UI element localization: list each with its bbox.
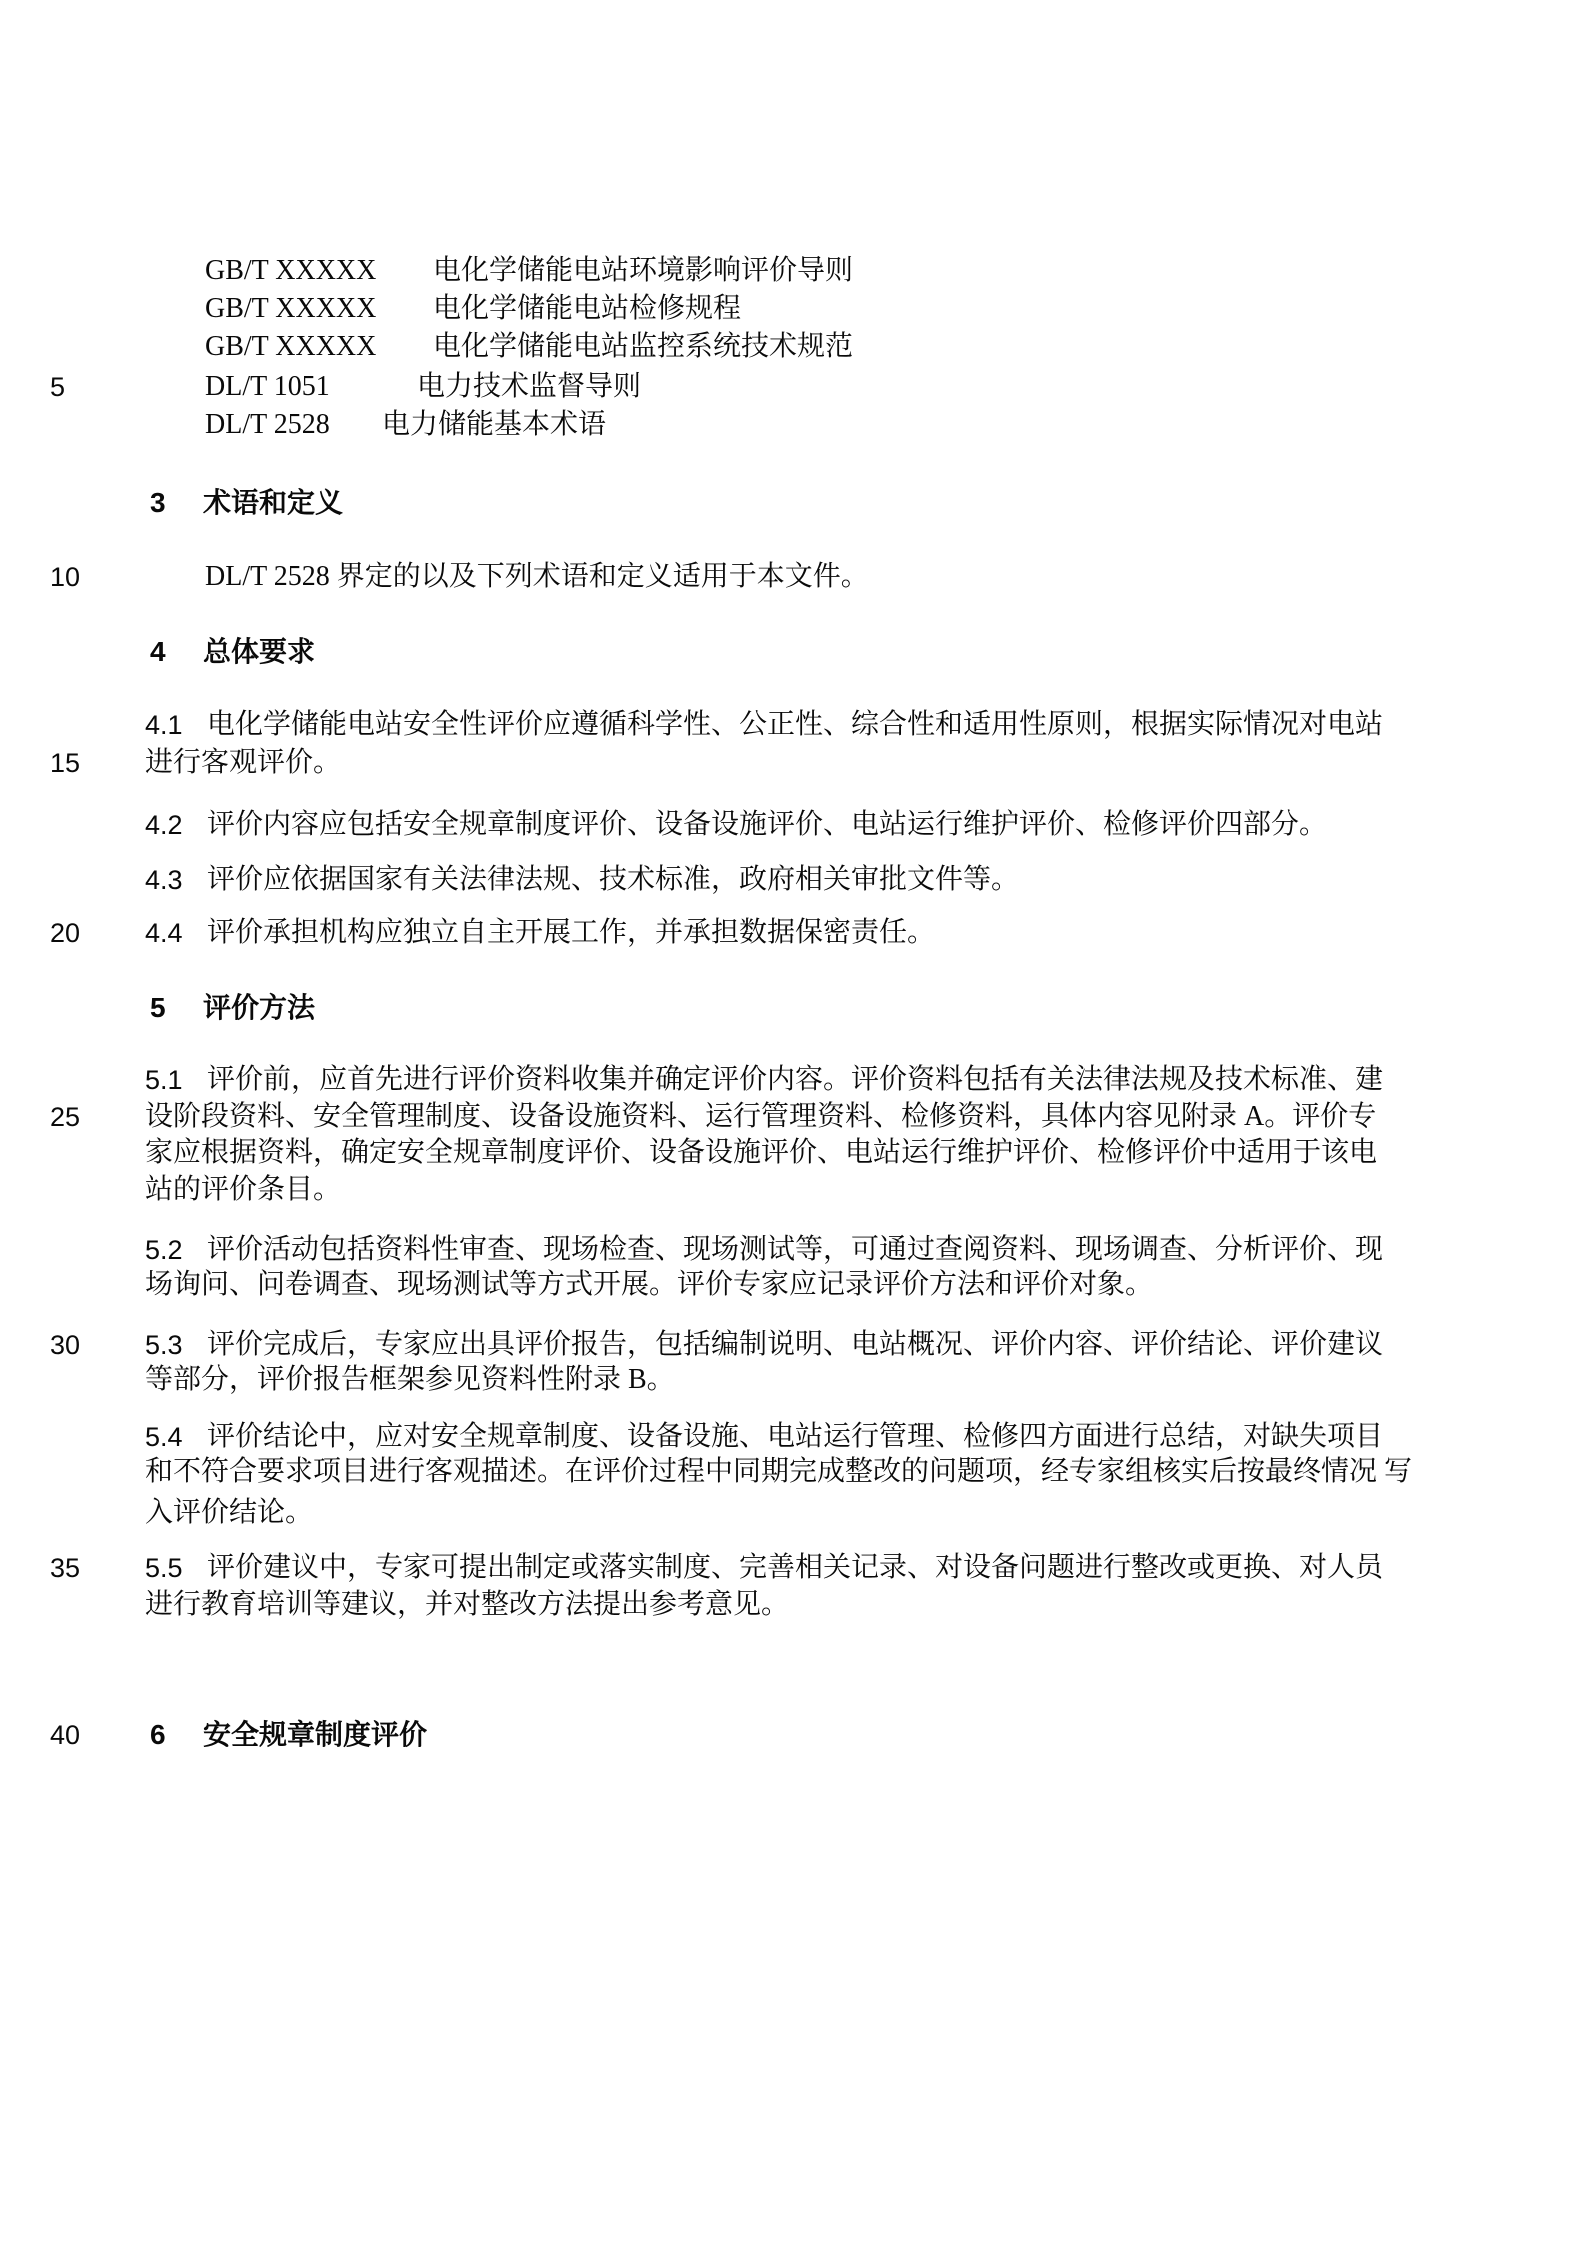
paragraph-line: 和不符合要求项目进行客观描述。在评价过程中同期完成整改的问题项，经专家组核实后按… bbox=[0, 1453, 1585, 1491]
standard-code: DL/T 2528 bbox=[205, 406, 330, 444]
paragraph-line: 15进行客观评价。 bbox=[0, 744, 1585, 782]
line-number: 15 bbox=[50, 744, 80, 782]
clause-number: 5.5 bbox=[145, 1549, 183, 1587]
line-number: 40 bbox=[50, 1716, 80, 1754]
clause-number: 5.3 bbox=[145, 1326, 183, 1364]
heading-line: 4总体要求 bbox=[0, 633, 1585, 671]
body-text: 评价完成后，专家应出具评价报告，包括编制说明、电站概况、评价内容、评价结论、评价… bbox=[207, 1326, 1383, 1364]
paragraph-line: 10DL/T 2528 界定的以及下列术语和定义适用于本文件。 bbox=[0, 558, 1585, 596]
paragraph-line: 4.2评价内容应包括安全规章制度评价、设备设施评价、电站运行维护评价、检修评价四… bbox=[0, 806, 1585, 844]
clause-number: 5.1 bbox=[145, 1061, 183, 1099]
paragraph-line: 5.4评价结论中，应对安全规章制度、设备设施、电站运行管理、检修四方面进行总结，… bbox=[0, 1418, 1585, 1456]
paragraph-line: 进行教育培训等建议，并对整改方法提出参考意见。 bbox=[0, 1586, 1585, 1624]
paragraph-line: 5.2评价活动包括资料性审查、现场检查、现场测试等，可通过查阅资料、现场调查、分… bbox=[0, 1231, 1585, 1269]
clause-number: 5.4 bbox=[145, 1418, 183, 1456]
heading-title: 总体要求 bbox=[203, 633, 315, 671]
paragraph-line: 355.5评价建议中，专家可提出制定或落实制度、完善相关记录、对设备问题进行整改… bbox=[0, 1549, 1585, 1587]
standard-title: 电化学储能电站检修规程 bbox=[433, 290, 741, 328]
heading-line: 5评价方法 bbox=[0, 989, 1585, 1027]
line-number: 5 bbox=[50, 368, 65, 406]
reference-list-line: 5DL/T 1051电力技术监督导则 bbox=[0, 368, 1585, 406]
line-number: 35 bbox=[50, 1549, 80, 1587]
standard-title: 电化学储能电站环境影响评价导则 bbox=[433, 252, 853, 290]
line-number: 10 bbox=[50, 558, 80, 596]
body-text: 站的评价条目。 bbox=[145, 1171, 341, 1209]
reference-list-line: GB/T XXXXX电化学储能电站检修规程 bbox=[0, 290, 1585, 328]
paragraph-line: 5.1评价前，应首先进行评价资料收集并确定评价内容。评价资料包括有关法律法规及技… bbox=[0, 1061, 1585, 1099]
paragraph-line: 场询问、问卷调查、现场测试等方式开展。评价专家应记录评价方法和评价对象。 bbox=[0, 1266, 1585, 1304]
paragraph-line: 家应根据资料，确定安全规章制度评价、设备设施评价、电站运行维护评价、检修评价中适… bbox=[0, 1134, 1585, 1172]
body-text: 进行教育培训等建议，并对整改方法提出参考意见。 bbox=[145, 1586, 789, 1624]
body-text: 等部分，评价报告框架参见资料性附录 B。 bbox=[145, 1361, 675, 1399]
standard-title: 电化学储能电站监控系统技术规范 bbox=[433, 328, 853, 366]
body-text: 场询问、问卷调查、现场测试等方式开展。评价专家应记录评价方法和评价对象。 bbox=[145, 1266, 1153, 1304]
clause-number: 4.3 bbox=[145, 861, 183, 899]
heading-number: 6 bbox=[150, 1716, 166, 1754]
heading-number: 5 bbox=[150, 989, 166, 1027]
body-text: 评价内容应包括安全规章制度评价、设备设施评价、电站运行维护评价、检修评价四部分。 bbox=[207, 806, 1327, 844]
body-text: 评价建议中，专家可提出制定或落实制度、完善相关记录、对设备问题进行整改或更换、对… bbox=[207, 1549, 1383, 1587]
body-text: 电化学储能电站安全性评价应遵循科学性、公正性、综合性和适用性原则，根据实际情况对… bbox=[207, 706, 1383, 744]
line-number: 20 bbox=[50, 914, 80, 952]
body-text: 家应根据资料，确定安全规章制度评价、设备设施评价、电站运行维护评价、检修评价中适… bbox=[145, 1134, 1377, 1172]
paragraph-line: 4.1电化学储能电站安全性评价应遵循科学性、公正性、综合性和适用性原则，根据实际… bbox=[0, 706, 1585, 744]
reference-list-line: GB/T XXXXX电化学储能电站环境影响评价导则 bbox=[0, 252, 1585, 290]
document-page: GB/T XXXXX电化学储能电站环境影响评价导则GB/T XXXXX电化学储能… bbox=[0, 0, 1585, 2244]
body-text: 评价前，应首先进行评价资料收集并确定评价内容。评价资料包括有关法律法规及技术标准… bbox=[207, 1061, 1383, 1099]
standard-title: 电力储能基本术语 bbox=[382, 406, 606, 444]
paragraph-line: 入评价结论。 bbox=[0, 1494, 1585, 1532]
heading-number: 3 bbox=[150, 484, 166, 522]
line-number: 30 bbox=[50, 1326, 80, 1364]
standard-title: 电力技术监督导则 bbox=[417, 368, 641, 406]
heading-line: 3术语和定义 bbox=[0, 484, 1585, 522]
clause-number: 4.4 bbox=[145, 914, 183, 952]
body-text: 评价应依据国家有关法律法规、技术标准，政府相关审批文件等。 bbox=[207, 861, 1019, 899]
body-text: 评价承担机构应独立自主开展工作，并承担数据保密责任。 bbox=[207, 914, 935, 952]
body-text: 评价结论中，应对安全规章制度、设备设施、电站运行管理、检修四方面进行总结，对缺失… bbox=[207, 1418, 1383, 1456]
heading-title: 安全规章制度评价 bbox=[203, 1716, 427, 1754]
body-text: 设阶段资料、安全管理制度、设备设施资料、运行管理资料、检修资料，具体内容见附录 … bbox=[145, 1098, 1376, 1136]
standard-code: DL/T 1051 bbox=[205, 368, 330, 406]
paragraph-line: 204.4评价承担机构应独立自主开展工作，并承担数据保密责任。 bbox=[0, 914, 1585, 952]
heading-title: 术语和定义 bbox=[203, 484, 343, 522]
paragraph-line: 305.3评价完成后，专家应出具评价报告，包括编制说明、电站概况、评价内容、评价… bbox=[0, 1326, 1585, 1364]
clause-number: 4.1 bbox=[145, 706, 183, 744]
clause-number: 5.2 bbox=[145, 1231, 183, 1269]
body-text: 和不符合要求项目进行客观描述。在评价过程中同期完成整改的问题项，经专家组核实后按… bbox=[145, 1453, 1412, 1491]
paragraph-line: 站的评价条目。 bbox=[0, 1171, 1585, 1209]
reference-list-line: GB/T XXXXX电化学储能电站监控系统技术规范 bbox=[0, 328, 1585, 366]
body-text: DL/T 2528 界定的以及下列术语和定义适用于本文件。 bbox=[205, 558, 869, 596]
paragraph-line: 25设阶段资料、安全管理制度、设备设施资料、运行管理资料、检修资料，具体内容见附… bbox=[0, 1098, 1585, 1136]
clause-number: 4.2 bbox=[145, 806, 183, 844]
body-text: 入评价结论。 bbox=[145, 1494, 313, 1532]
line-number: 25 bbox=[50, 1098, 80, 1136]
heading-title: 评价方法 bbox=[203, 989, 315, 1027]
paragraph-line: 4.3评价应依据国家有关法律法规、技术标准，政府相关审批文件等。 bbox=[0, 861, 1585, 899]
body-text: 评价活动包括资料性审查、现场检查、现场测试等，可通过查阅资料、现场调查、分析评价… bbox=[207, 1231, 1383, 1269]
paragraph-line: 等部分，评价报告框架参见资料性附录 B。 bbox=[0, 1361, 1585, 1399]
body-text: 进行客观评价。 bbox=[145, 744, 341, 782]
heading-number: 4 bbox=[150, 633, 166, 671]
standard-code: GB/T XXXXX bbox=[205, 328, 376, 366]
standard-code: GB/T XXXXX bbox=[205, 290, 376, 328]
reference-list-line: DL/T 2528电力储能基本术语 bbox=[0, 406, 1585, 444]
standard-code: GB/T XXXXX bbox=[205, 252, 376, 290]
heading-line: 406安全规章制度评价 bbox=[0, 1716, 1585, 1754]
